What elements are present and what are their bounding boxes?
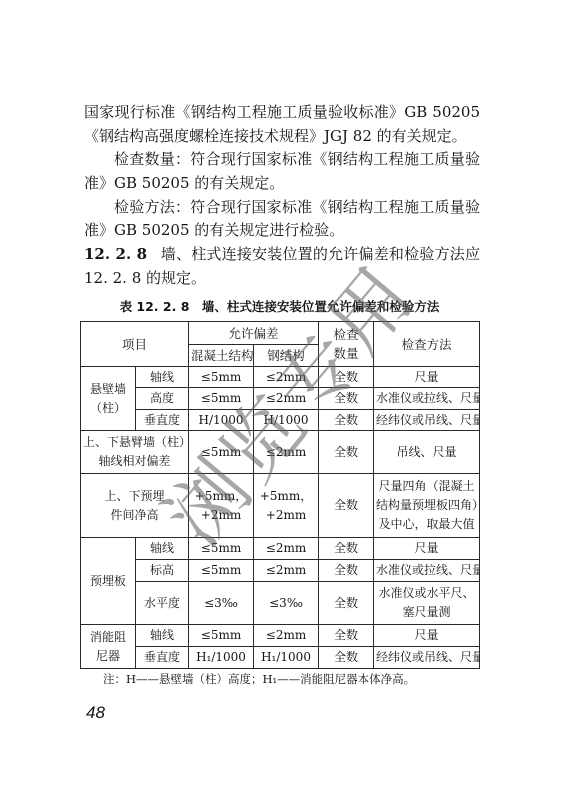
cell-concrete: ≤5mm	[189, 388, 254, 410]
cell-steel: H/1000	[254, 410, 319, 431]
text-line: 检查数量：符合现行国家标准《钢结构工程施工质量验收标	[84, 148, 480, 172]
header-steel: 钢结构	[254, 345, 319, 367]
table-row: 悬壁墙（柱） 轴线 ≤5mm ≤2mm 全数 尺量	[81, 367, 480, 388]
table-row: 消能阻尼器 轴线 ≤5mm ≤2mm 全数 尺量	[81, 625, 480, 647]
text-line: 检验方法：符合现行国家标准《钢结构工程施工质量验收标	[84, 196, 480, 220]
text-line: 国家现行标准《钢结构工程施工质量验收标准》GB 50205 和	[84, 101, 480, 125]
cell-quantity: 全数	[319, 388, 374, 410]
cell-concrete: ≤5mm	[189, 367, 254, 388]
cell-concrete: H/1000	[189, 410, 254, 431]
table-row: 上、下预埋件间净高 +5mm，+2mm +5mm，+2mm 全数 尺量四角（混凝…	[81, 474, 480, 538]
table-header-row: 项目 允许偏差 检查数量 检查方法	[81, 322, 480, 345]
table-row: 预埋板 轴线 ≤5mm ≤2mm 全数 尺量	[81, 538, 480, 560]
header-tolerance: 允许偏差	[189, 322, 319, 345]
document-page: 国家现行标准《钢结构工程施工质量验收标准》GB 50205 和 《钢结构高强度螺…	[0, 0, 561, 804]
table-row: 垂直度 H₁/1000 H₁/1000 全数 经纬仪或吊线、尺量	[81, 647, 480, 669]
text-line: 准》GB 50205 的有关规定进行检验。	[84, 219, 480, 243]
header-item: 项目	[81, 322, 189, 367]
cell-method: 尺量	[374, 367, 480, 388]
cell-method: 尺量四角（混凝土结构量预埋板四角）及中心，取最大值	[374, 474, 480, 538]
table-number: 表 12. 2. 8	[120, 299, 190, 314]
cell-steel: ≤2mm	[254, 625, 319, 647]
cell-steel: ≤3‰	[254, 582, 319, 625]
body-text: 国家现行标准《钢结构工程施工质量验收标准》GB 50205 和 《钢结构高强度螺…	[84, 101, 480, 291]
cell-method: 吊线、尺量	[374, 431, 480, 474]
table-note: 注：H——悬壁墙（柱）高度；H₁——消能阻尼器本体净高。	[103, 671, 415, 687]
cell-method: 经纬仪或吊线、尺量	[374, 410, 480, 431]
cell-method: 水准仪或水平尺、塞尺量测	[374, 582, 480, 625]
cell-quantity: 全数	[319, 431, 374, 474]
cell-concrete: ≤5mm	[189, 560, 254, 582]
table-title: 表 12. 2. 8墙、柱式连接安装位置允许偏差和检验方法	[80, 297, 479, 317]
header-quantity: 检查数量	[319, 322, 374, 367]
table-row: 垂直度 H/1000 H/1000 全数 经纬仪或吊线、尺量	[81, 410, 480, 431]
text-line: 《钢结构高强度螺栓连接技术规程》JGJ 82 的有关规定。	[84, 125, 480, 149]
page-number: 48	[86, 703, 105, 723]
cell-steel: ≤2mm	[254, 431, 319, 474]
table-row: 上、下悬臂墙（柱）轴线相对偏差 ≤5mm ≤2mm 全数 吊线、尺量	[81, 431, 480, 474]
text-line: 准》GB 50205 的有关规定。	[84, 172, 480, 196]
group-label: 悬壁墙（柱）	[81, 367, 136, 431]
cell-item: 标高	[136, 560, 189, 582]
cell-steel: H₁/1000	[254, 647, 319, 669]
cell-method: 水准仪或拉线、尺量	[374, 388, 480, 410]
cell-quantity: 全数	[319, 560, 374, 582]
table-row: 水平度 ≤3‰ ≤3‰ 全数 水准仪或水平尺、塞尺量测	[81, 582, 480, 625]
cell-steel: ≤2mm	[254, 388, 319, 410]
clause-line: 12. 2. 8 的规定。	[84, 267, 480, 291]
cell-quantity: 全数	[319, 647, 374, 669]
cell-quantity: 全数	[319, 410, 374, 431]
cell-quantity: 全数	[319, 582, 374, 625]
cell-method: 尺量	[374, 625, 480, 647]
table-row: 高度 ≤5mm ≤2mm 全数 水准仪或拉线、尺量	[81, 388, 480, 410]
cell-quantity: 全数	[319, 367, 374, 388]
cell-concrete: +5mm，+2mm	[189, 474, 254, 538]
cell-method: 尺量	[374, 538, 480, 560]
cell-steel: ≤2mm	[254, 367, 319, 388]
table-caption: 墙、柱式连接安装位置允许偏差和检验方法	[202, 299, 440, 314]
group-label: 消能阻尼器	[81, 625, 136, 669]
group-label: 预埋板	[81, 538, 136, 625]
cell-item: 轴线	[136, 538, 189, 560]
tolerance-table: 项目 允许偏差 检查数量 检查方法 混凝土结构 钢结构 悬壁墙（柱） 轴线 ≤5…	[80, 321, 480, 669]
cell-item: 高度	[136, 388, 189, 410]
cell-item: 轴线	[136, 367, 189, 388]
cell-item: 轴线	[136, 625, 189, 647]
cell-item: 上、下预埋件间净高	[81, 474, 189, 538]
clause-line: 12. 2. 8墙、柱式连接安装位置的允许偏差和检验方法应符合表	[84, 243, 480, 267]
cell-concrete: ≤3‰	[189, 582, 254, 625]
cell-method: 经纬仪或吊线、尺量	[374, 647, 480, 669]
cell-item: 垂直度	[136, 410, 189, 431]
cell-concrete: ≤5mm	[189, 431, 254, 474]
cell-item: 垂直度	[136, 647, 189, 669]
cell-quantity: 全数	[319, 474, 374, 538]
cell-concrete: ≤5mm	[189, 538, 254, 560]
cell-item: 上、下悬臂墙（柱）轴线相对偏差	[81, 431, 189, 474]
cell-item: 水平度	[136, 582, 189, 625]
cell-steel: ≤2mm	[254, 560, 319, 582]
cell-method: 水准仪或拉线、尺量	[374, 560, 480, 582]
table-row: 标高 ≤5mm ≤2mm 全数 水准仪或拉线、尺量	[81, 560, 480, 582]
header-method: 检查方法	[374, 322, 480, 367]
header-concrete: 混凝土结构	[189, 345, 254, 367]
cell-quantity: 全数	[319, 625, 374, 647]
clause-number: 12. 2. 8	[84, 245, 147, 263]
cell-concrete: ≤5mm	[189, 625, 254, 647]
cell-steel: +5mm，+2mm	[254, 474, 319, 538]
cell-steel: ≤2mm	[254, 538, 319, 560]
cell-concrete: H₁/1000	[189, 647, 254, 669]
cell-quantity: 全数	[319, 538, 374, 560]
